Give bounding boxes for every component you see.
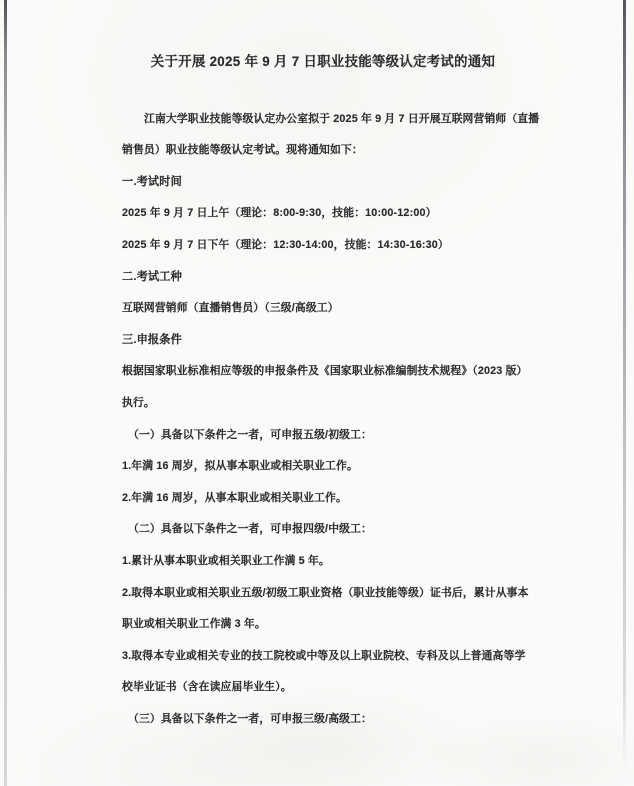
notice-document: 关于开展 2025 年 9 月 7 日职业技能等级认定考试的通知 江南大学职业技… [122,46,524,735]
doc-line: 执行。 [122,388,524,420]
doc-line: 2.年满 16 周岁，从事本职业或相关职业工作。 [122,483,524,515]
doc-line: 3.取得本专业或相关专业的技工院校或中等及以上职业院校、专科及以上普通高等学 [122,641,524,673]
document-title: 关于开展 2025 年 9 月 7 日职业技能等级认定考试的通知 [122,46,524,78]
scan-left-edge-line [4,0,7,786]
doc-line: 互联网营销师（直播销售员）（三级/高级工） [122,293,524,325]
doc-line: 根据国家职业标准相应等级的申报条件及《国家职业标准编制技术规程》（2023 版） [122,356,524,388]
doc-line: 2025 年 9 月 7 日上午（理论：8:00-9:30，技能：10:00-1… [122,198,524,230]
doc-line: （三）具备以下条件之一者，可申报三级/高级工： [122,704,524,736]
doc-line: 2.取得本职业或相关职业五级/初级工职业资格（职业技能等级）证书后，累计从事本 [122,578,524,610]
scanned-document-page: 关于开展 2025 年 9 月 7 日职业技能等级认定考试的通知 江南大学职业技… [0,0,634,786]
doc-line: 2025 年 9 月 7 日下午（理论：12:30-14:00，技能：14:30… [122,230,524,262]
doc-line: （一）具备以下条件之一者，可申报五级/初级工： [122,420,524,452]
doc-line: 1.年满 16 周岁，拟从事本职业或相关职业工作。 [122,451,524,483]
doc-line: 江南大学职业技能等级认定办公室拟于 2025 年 9 月 7 日开展互联网营销师… [122,104,524,136]
section-heading-line: 一.考试时间 [122,167,524,199]
document-body: 江南大学职业技能等级认定办公室拟于 2025 年 9 月 7 日开展互联网营销师… [122,104,524,736]
doc-line: 校毕业证书（含在读应届毕业生）。 [122,672,524,704]
section-heading-line: 三.申报条件 [122,325,524,357]
doc-line: 职业或相关职业工作满 3 年。 [122,609,524,641]
section-heading-line: 二.考试工种 [122,262,524,294]
scan-right-edge-line [623,0,626,786]
doc-line: 1.累计从事本职业或相关职业工作满 5 年。 [122,546,524,578]
doc-line: 销售员）职业技能等级认定考试。现将通知如下： [122,135,524,167]
doc-line: （二）具备以下条件之一者，可申报四级/中级工： [122,514,524,546]
